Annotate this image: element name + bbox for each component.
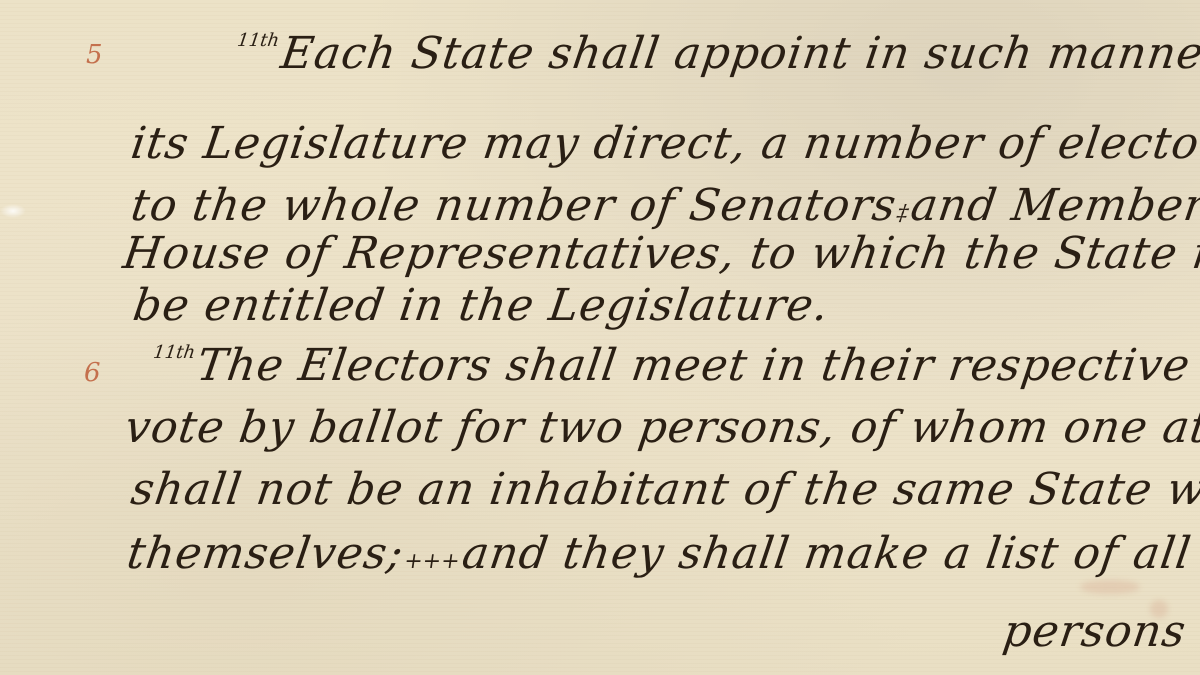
insertion-mark: ‡ [895,201,910,226]
paragraph-5-line-2: its Legislature may direct, a number of … [128,118,1200,169]
line-text: vote by ballot for two persons, of whom … [122,402,1200,453]
margin-number-6: 6 [84,358,101,388]
paragraph-6-line-4: themselves;+++and they shall make a list… [124,528,1200,579]
line-text: and they shall make a list of all the [459,528,1200,579]
paper-crease [0,204,26,218]
line-text: and Members of the [908,180,1200,231]
paragraph-6-line-2: vote by ballot for two persons, of whom … [122,402,1200,453]
line-text: themselves; [124,528,407,579]
margin-number-5: 5 [86,40,103,70]
insertion-mark: +++ [402,549,461,574]
annotation-mark: 11th [152,342,197,363]
paragraph-5-line-4: House of Representatives, to which the S… [120,228,1200,279]
paragraph-5-line-5: be entitled in the Legislature. [130,280,832,331]
annotation-mark: 11th [236,30,281,51]
line-text: be entitled in the Legislature. [130,280,832,331]
line-text: persons [1000,606,1189,657]
paragraph-6-line-5: persons [1000,606,1189,657]
paragraph-6-line-1: 11thThe Electors shall meet in their res… [148,340,1200,391]
paragraph-5-line-1: 11thEach State shall appoint in such man… [232,28,1200,79]
line-text: to the whole number of Senators [128,180,900,231]
paragraph-6-line-3: shall not be an inhabitant of the same S… [128,464,1200,515]
line-text: House of Representatives, to which the S… [120,228,1200,279]
paragraph-5-line-3: to the whole number of Senators‡and Memb… [128,180,1200,231]
ink-stain [1080,580,1140,594]
line-text: The Electors shall meet in their respect… [194,340,1200,391]
line-text: Each State shall appoint in such manner … [278,28,1200,79]
line-text: shall not be an inhabitant of the same S… [128,464,1200,515]
line-text: its Legislature may direct, a number of … [128,118,1200,169]
